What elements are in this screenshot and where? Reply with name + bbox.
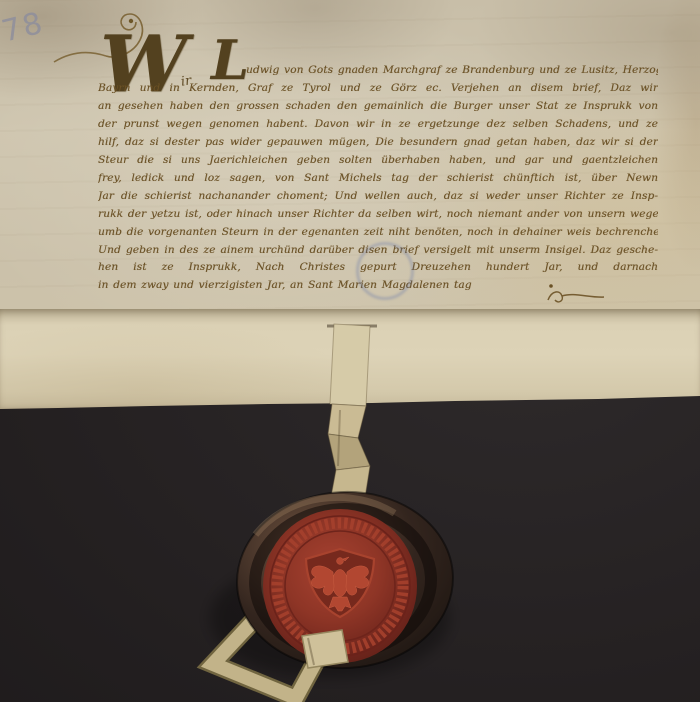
text-line: umb die vorgenanten Steurn in der egenan… — [98, 224, 658, 242]
text-line: hilf, daz si dester pas wider gepauwen m… — [98, 134, 658, 152]
text-line: der prunst wegen genomen habent. Davon w… — [98, 116, 658, 134]
text-line: an gesehen haben den grossen schaden den… — [98, 98, 658, 116]
text-line: udwig von Gots gnaden Marchgraf ze Brand… — [98, 62, 658, 80]
seal-tag-strip — [327, 324, 377, 504]
text-line: Bayrn und in Kernden, Graf ze Tyrol und … — [98, 80, 658, 98]
seal-tag-stub — [302, 630, 348, 668]
archive-number: 78 — [0, 5, 48, 49]
text-line: frey, ledick und loz sagen, von Sant Mic… — [98, 170, 658, 188]
charter-photograph: 78 W ir L udwig von Gots gnaden Marchgra… — [0, 0, 700, 702]
seal-assembly — [180, 318, 510, 702]
text-line: Steur die si uns Jaerichleichen geben so… — [98, 152, 658, 170]
archive-stamp-circle — [356, 242, 414, 300]
text-line: Jar die schierist nachanander choment; U… — [98, 188, 658, 206]
closing-flourish-mark — [544, 282, 608, 308]
text-line: rukk der yetzu ist, oder hinach unser Ri… — [98, 206, 658, 224]
